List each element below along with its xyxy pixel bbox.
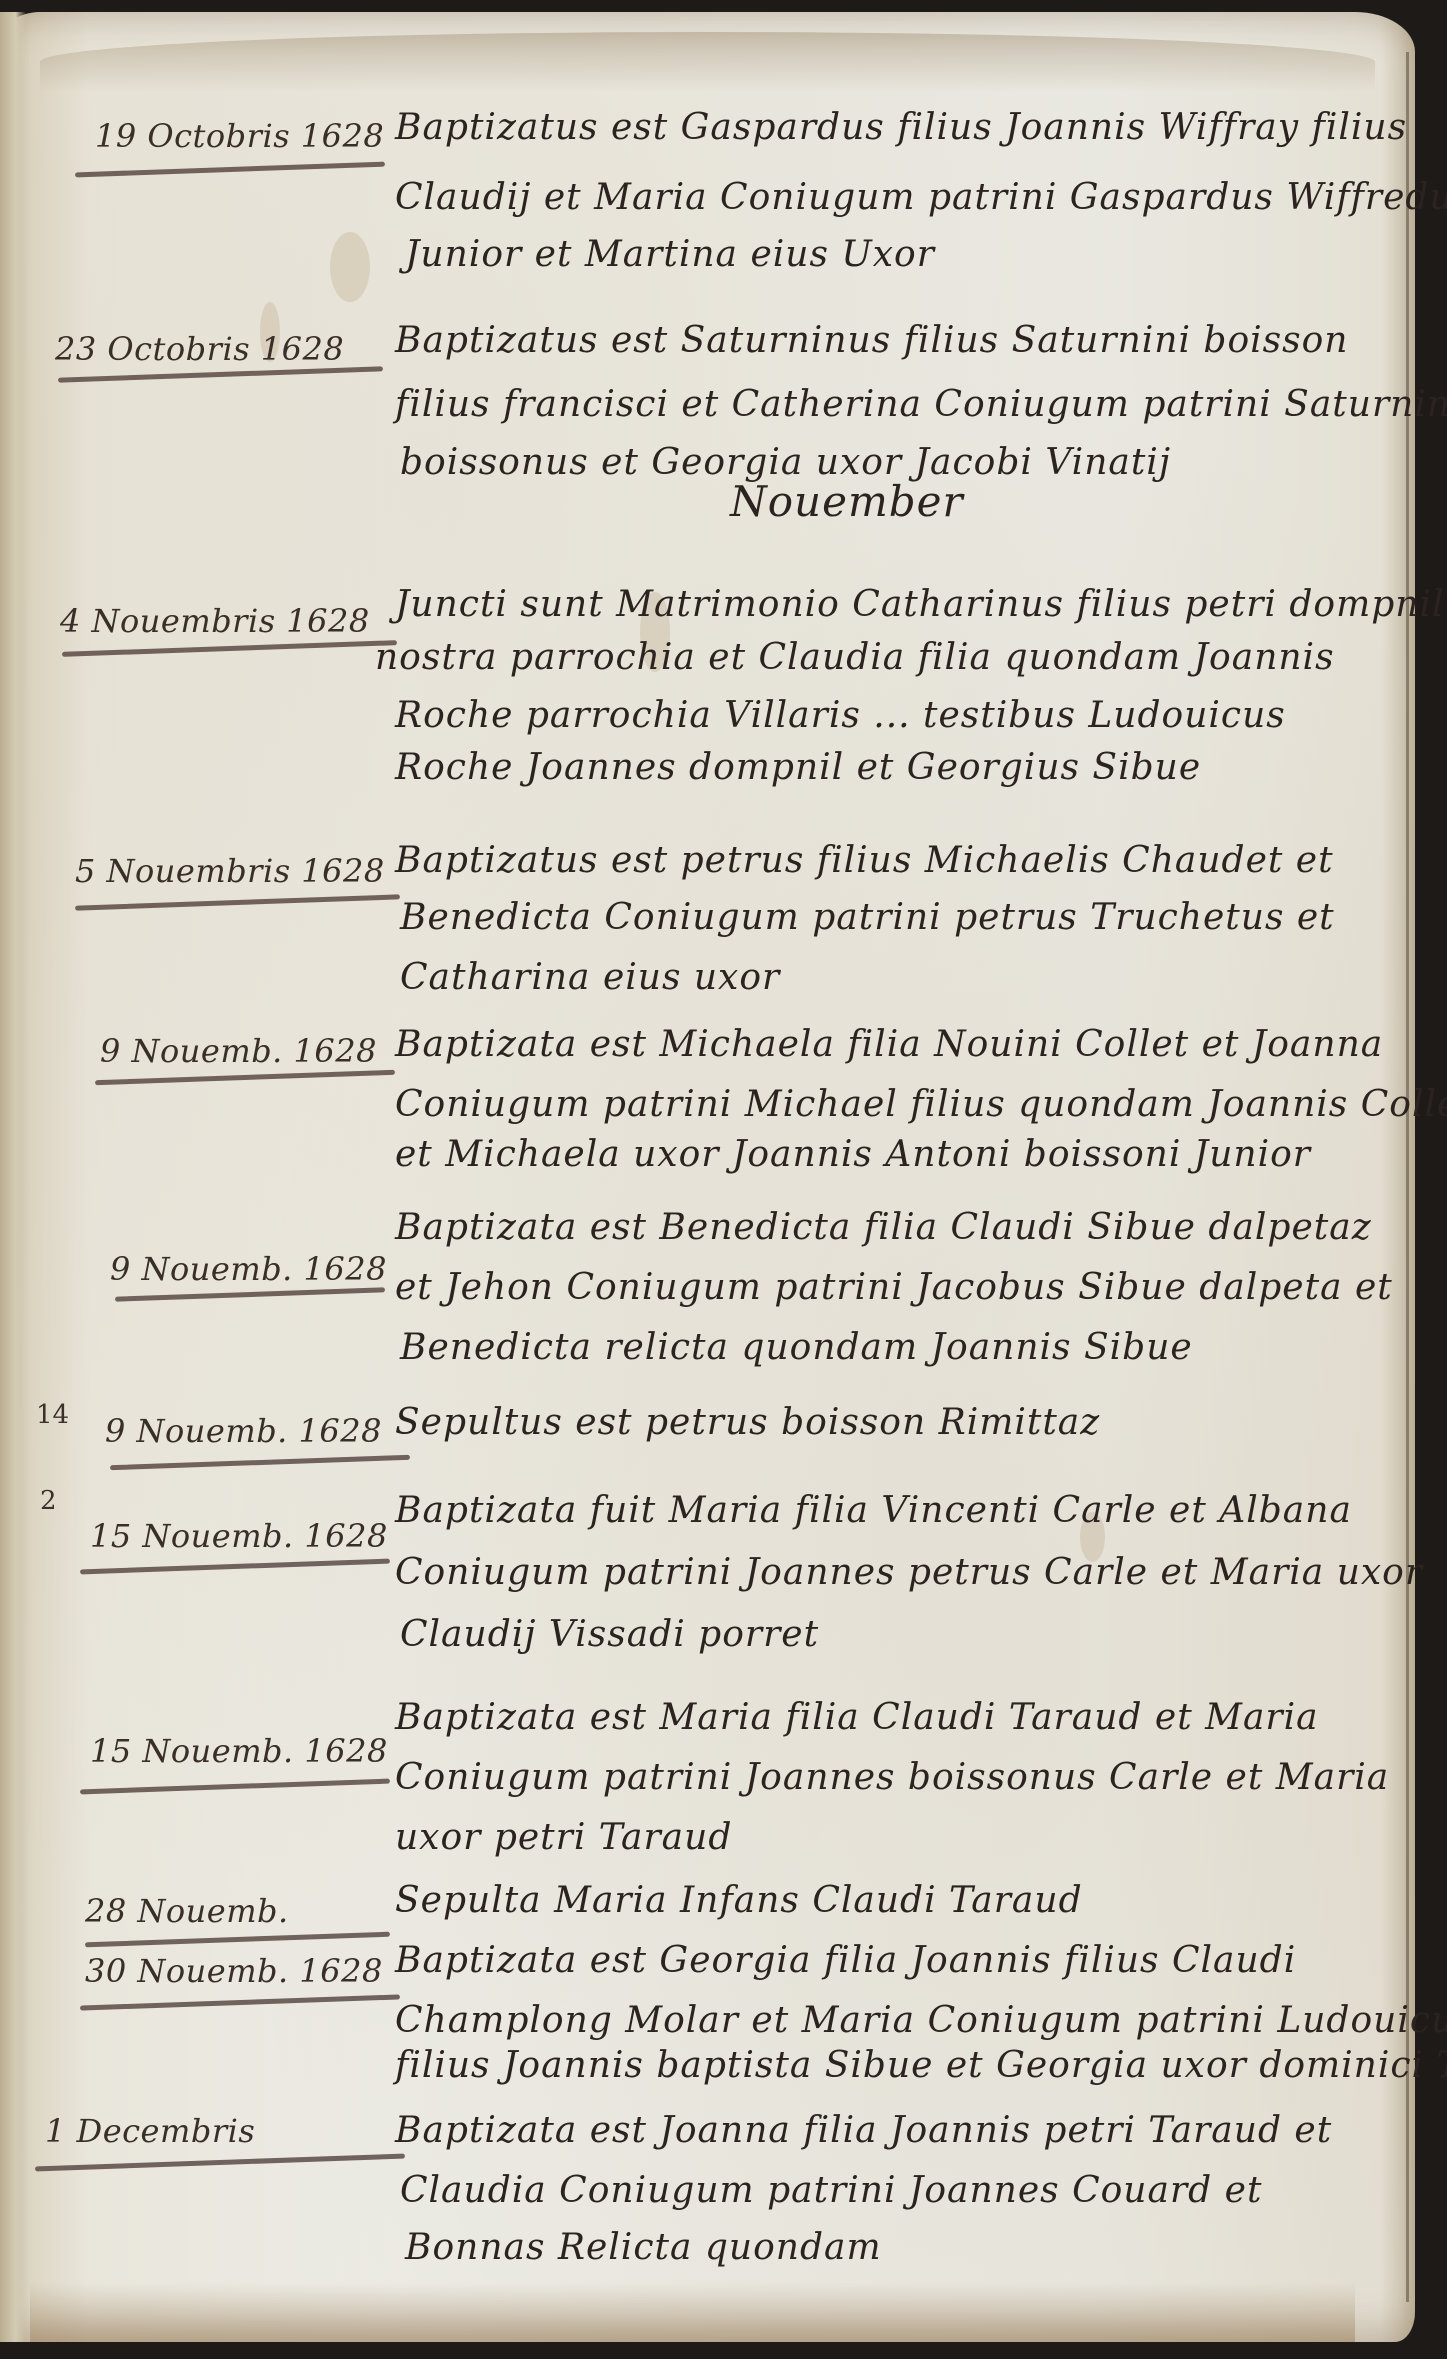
register-page: 14 2 19 Octobris 1628 Baptizatus est Gas… bbox=[0, 12, 1415, 2342]
date-underline bbox=[80, 1559, 390, 1575]
date-underline bbox=[62, 640, 397, 657]
page-top-edge bbox=[40, 32, 1375, 92]
entry-line: filius Joannis baptista Sibue et Georgia… bbox=[395, 2045, 1447, 2086]
page-bottom-edge bbox=[30, 2282, 1355, 2342]
entry-line: et Michaela uxor Joannis Antoni boissoni… bbox=[395, 1134, 1311, 1175]
entry-line: Baptizata fuit Maria filia Vincenti Carl… bbox=[395, 1490, 1352, 1531]
entry-line: Claudij et Maria Coniugum patrini Gaspar… bbox=[395, 177, 1447, 218]
entry-line: Baptizata est Michaela filia Nouini Coll… bbox=[395, 1024, 1383, 1065]
date-underline bbox=[85, 1932, 390, 1948]
date-underline bbox=[95, 1070, 395, 1085]
date-underline bbox=[58, 366, 383, 382]
entry-line: Roche parrochia Villaris ... testibus Lu… bbox=[395, 695, 1286, 736]
date-underline bbox=[80, 1994, 400, 2010]
entry-line: Junior et Martina eius Uxor bbox=[405, 234, 935, 275]
entry-line: Juncti sunt Matrimonio Catharinus filius… bbox=[395, 584, 1444, 625]
entry-line: Sepultus est petrus boisson Rimittaz bbox=[395, 1402, 1100, 1443]
entry-date: 15 Nouemb. 1628 bbox=[90, 1517, 388, 1555]
entry-line: filius francisci et Catherina Coniugum p… bbox=[395, 384, 1447, 425]
entry-line: Catharina eius uxor bbox=[400, 957, 780, 998]
date-underline bbox=[75, 894, 400, 910]
entry-line: et Jehon Coniugum patrini Jacobus Sibue … bbox=[395, 1267, 1393, 1308]
entry-line: Benedicta Coniugum patrini petrus Truche… bbox=[400, 897, 1335, 938]
entry-line: Baptizata est Georgia filia Joannis fili… bbox=[395, 1940, 1296, 1981]
entry-line: Champlong Molar et Maria Coniugum patrin… bbox=[395, 2000, 1447, 2041]
month-heading: Nouember bbox=[730, 477, 964, 526]
entry-line: Baptizata est Benedicta filia Claudi Sib… bbox=[395, 1207, 1372, 1248]
entry-date: 9 Nouemb. 1628 bbox=[105, 1412, 382, 1450]
entry-line: Roche Joannes dompnil et Georgius Sibue bbox=[395, 747, 1201, 788]
entry-line: Claudij Vissadi porret bbox=[400, 1614, 819, 1655]
margin-note: 2 bbox=[40, 1486, 57, 1516]
entry-date: 19 Octobris 1628 bbox=[95, 117, 384, 155]
entry-date: 15 Nouemb. 1628 bbox=[90, 1732, 388, 1770]
ink-stain bbox=[330, 232, 370, 302]
entry-date: 28 Nouemb. bbox=[85, 1892, 289, 1930]
entry-line: Claudia Coniugum patrini Joannes Couard … bbox=[400, 2170, 1262, 2211]
entry-line: Benedicta relicta quondam Joannis Sibue bbox=[400, 1327, 1193, 1368]
date-underline bbox=[115, 1287, 385, 1301]
entry-line: Coniugum patrini Joannes petrus Carle et… bbox=[395, 1552, 1423, 1593]
entry-line: Baptizatus est Gaspardus filius Joannis … bbox=[395, 107, 1407, 148]
entry-date: 9 Nouemb. 1628 bbox=[110, 1250, 387, 1288]
date-underline bbox=[110, 1455, 410, 1470]
entry-line: Baptizatus est petrus filius Michaelis C… bbox=[395, 840, 1334, 881]
date-underline bbox=[35, 2154, 405, 2172]
entry-date: 9 Nouemb. 1628 bbox=[100, 1032, 377, 1070]
entry-line: Coniugum patrini Joannes boissonus Carle… bbox=[395, 1757, 1389, 1798]
entry-date: 1 Decembris bbox=[45, 2112, 255, 2150]
entry-line: Bonnas Relicta quondam bbox=[405, 2227, 882, 2268]
entry-line: Baptizatus est Saturninus filius Saturni… bbox=[395, 320, 1348, 361]
entry-date: 5 Nouembris 1628 bbox=[75, 852, 385, 890]
entry-line: nostra parrochia et Claudia filia quonda… bbox=[375, 637, 1335, 678]
entry-line: uxor petri Taraud bbox=[395, 1817, 732, 1858]
entry-line: Coniugum patrini Michael filius quondam … bbox=[395, 1084, 1447, 1125]
entry-line: Baptizata est Maria filia Claudi Taraud … bbox=[395, 1697, 1319, 1738]
entry-date: 23 Octobris 1628 bbox=[55, 330, 344, 368]
date-underline bbox=[75, 162, 385, 178]
margin-note: 14 bbox=[36, 1400, 69, 1430]
entry-date: 4 Nouembris 1628 bbox=[60, 602, 370, 640]
entry-line: Sepulta Maria Infans Claudi Taraud bbox=[395, 1880, 1083, 1921]
date-underline bbox=[80, 1779, 390, 1795]
binding-fold bbox=[0, 12, 26, 2342]
entry-line: Baptizata est Joanna filia Joannis petri… bbox=[395, 2110, 1332, 2151]
entry-date: 30 Nouemb. 1628 bbox=[85, 1952, 383, 1990]
